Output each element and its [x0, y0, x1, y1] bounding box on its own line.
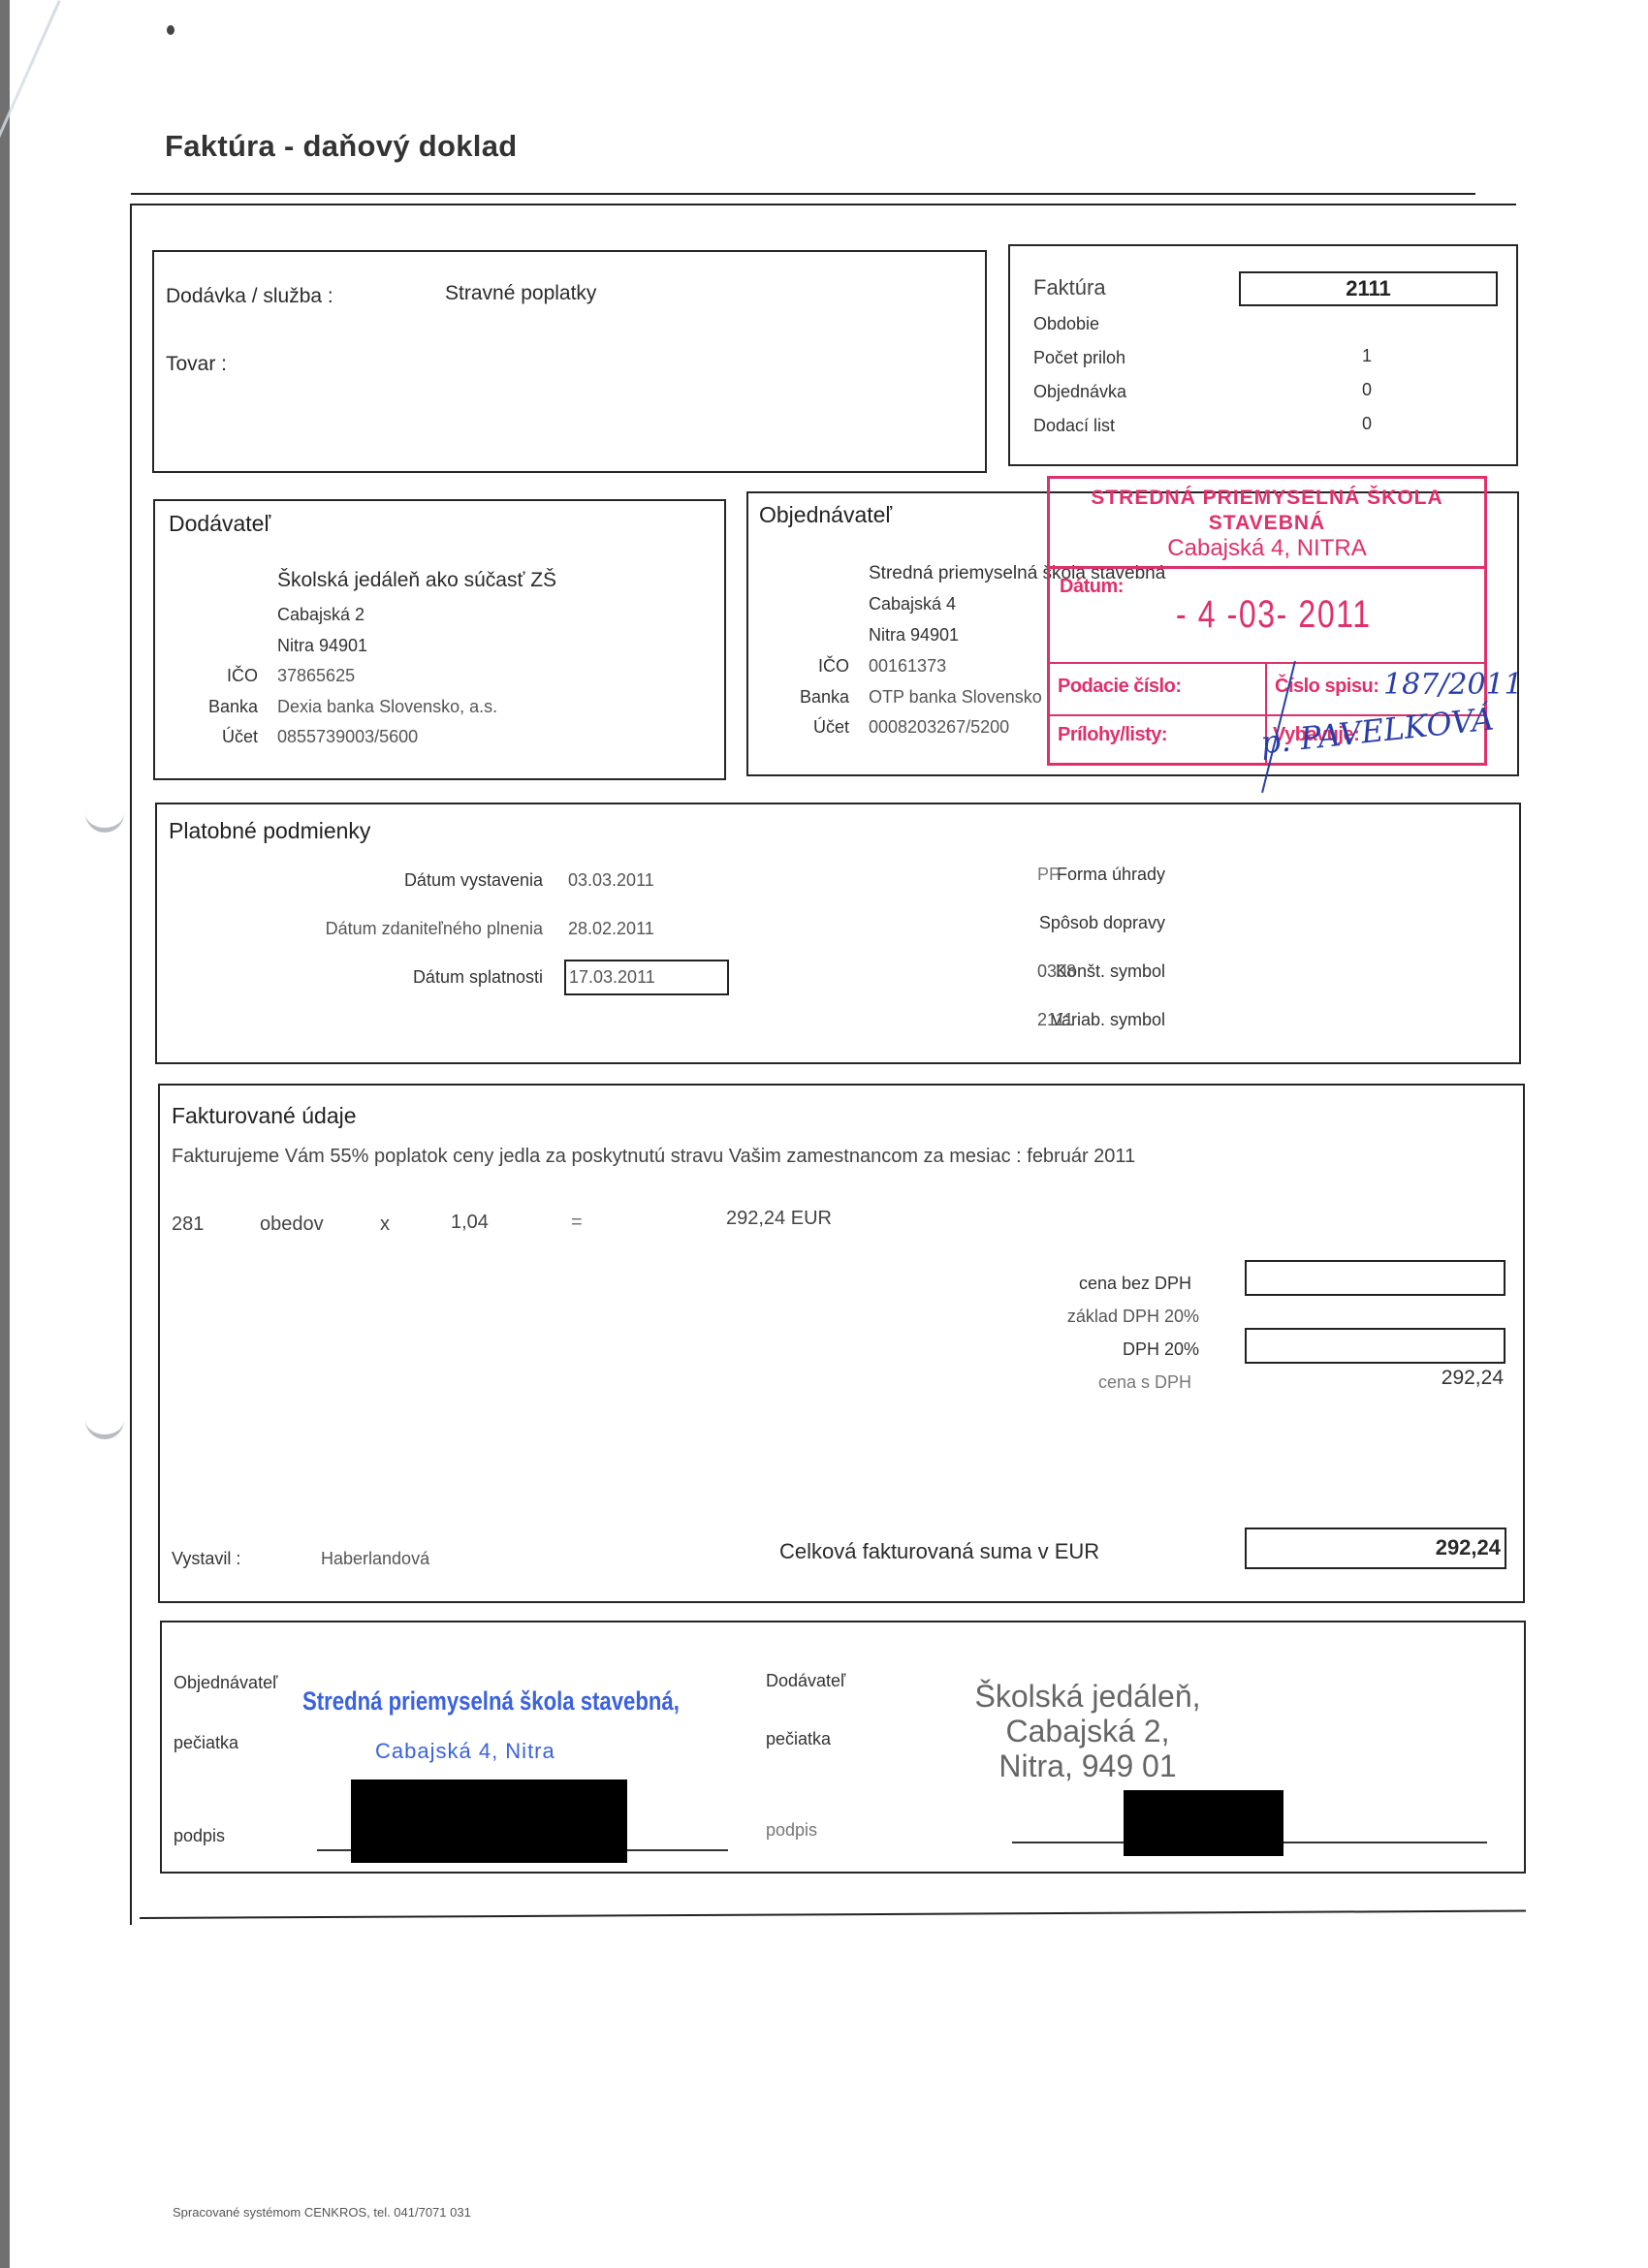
payment-terms-box: Platobné podmienky Dátum vystavenia 03.0…: [155, 803, 1521, 1064]
title-rule: [131, 193, 1475, 195]
line-times: x: [380, 1213, 390, 1236]
supplier-stamp-line3: Nitra, 949 01: [918, 1748, 1257, 1783]
delivery-note-value: 0: [1362, 414, 1372, 434]
supplier-ico: 37865625: [277, 666, 355, 686]
customer-stamp-label: pečiatka: [174, 1733, 238, 1753]
issue-date: 03.03.2011: [568, 870, 654, 891]
tax-date: 28.02.2011: [568, 919, 654, 939]
line-quantity: 281: [172, 1213, 204, 1236]
tax-date-label: Dátum zdaniteľného plnenia: [215, 919, 543, 939]
stamp-date-label: Dátum:: [1060, 576, 1124, 598]
billed-description: Fakturujeme Vám 55% poplatok ceny jedla …: [172, 1146, 1135, 1168]
scan-speck: [167, 25, 174, 35]
line-total: 292,24 EUR: [726, 1208, 832, 1230]
supplier-bank: Dexia banka Slovensko, a.s.: [277, 697, 497, 717]
price-without-vat-label: cena bez DPH: [839, 1274, 1191, 1294]
vat-field: [1245, 1328, 1505, 1364]
payment-terms-heading: Platobné podmienky: [169, 818, 370, 844]
attachments-count-value: 1: [1362, 346, 1372, 366]
billed-data-box: Fakturované údaje Fakturujeme Vám 55% po…: [158, 1084, 1525, 1603]
supplier-sign-label: podpis: [766, 1820, 817, 1841]
delivery-note-label: Dodací list: [1033, 416, 1115, 436]
customer-account: 0008203267/5200: [869, 717, 1009, 738]
signatures-box: Objednávateľ pečiatka podpis Stredná pri…: [160, 1621, 1526, 1874]
supplier-ico-label: IČO: [174, 666, 258, 686]
supplier-stamp-line2: Cabajská 2,: [918, 1714, 1257, 1748]
document-title: Faktúra - daňový doklad: [165, 129, 517, 164]
order-value: 0: [1362, 380, 1372, 400]
customer-heading: Objednávateľ: [759, 502, 892, 528]
supplier-city: Nitra 94901: [277, 636, 367, 656]
attachments-count-label: Počet priloh: [1033, 348, 1125, 368]
punch-hole-mark: [85, 1417, 124, 1439]
supplier-account-label: Účet: [174, 727, 258, 747]
outer-frame-bottom: [140, 1910, 1526, 1919]
customer-stamp-line2: Cabajská 4, Nitra: [375, 1739, 555, 1764]
stamp-filing-label: Podacie číslo:: [1058, 676, 1182, 698]
supplier-street: Cabajská 2: [277, 605, 364, 625]
customer-bank-label: Banka: [768, 687, 849, 708]
footer-software-note: Spracované systémom CENKROS, tel. 041/70…: [173, 2205, 471, 2220]
punch-hole-mark: [85, 810, 124, 833]
due-date: 17.03.2011: [564, 960, 729, 995]
outer-frame-top: [130, 204, 1516, 205]
customer-sign-heading: Objednávateľ: [174, 1673, 277, 1693]
customer-ico-label: IČO: [768, 656, 849, 677]
billed-heading: Fakturované údaje: [172, 1103, 357, 1129]
customer-stamp-line1: Stredná priemyselná škola stavebná,: [302, 1686, 680, 1717]
invoice-info-box: Faktúra 2111 Obdobie Počet priloh 1 Obje…: [1008, 244, 1518, 466]
customer-street: Cabajská 4: [869, 594, 956, 614]
supplier-account: 0855739003/5600: [277, 727, 418, 747]
redacted-customer-signature: [351, 1780, 627, 1863]
stamp-attachments-label: Prílohy/listy:: [1058, 724, 1167, 746]
price-with-vat: 292,24: [1275, 1367, 1504, 1390]
supplier-name: Školská jedáleň ako súčasť ZŠ: [277, 569, 556, 592]
transport-label: Spôsob dopravy: [855, 913, 1165, 933]
price-without-vat-field: [1245, 1260, 1505, 1296]
supplier-stamp-label: pečiatka: [766, 1729, 831, 1749]
price-with-vat-label: cena s DPH: [839, 1372, 1191, 1393]
stamp-attachments-cell: Prílohy/listy:: [1050, 714, 1267, 763]
supplier-sign-heading: Dodávateľ: [766, 1671, 845, 1691]
stamp-line3: Cabajská 4, NITRA: [1050, 535, 1484, 562]
payment-form: PP: [1037, 865, 1061, 885]
supplier-bank-label: Banka: [174, 697, 258, 717]
issued-by: Haberlandová: [321, 1549, 429, 1569]
var-symbol: 2111: [1037, 1010, 1073, 1030]
delivery-box: Dodávka / služba : Stravné poplatky Tova…: [152, 250, 987, 473]
goods-label: Tovar :: [166, 353, 227, 376]
scan-edge-strip: [0, 0, 10, 2268]
const-symbol-label: Konšt. symbol: [855, 961, 1165, 982]
outer-frame-left: [130, 204, 132, 1925]
stamp-filing-cell: Podacie číslo:: [1050, 662, 1267, 716]
invoice-label: Faktúra: [1033, 275, 1106, 300]
customer-city: Nitra 94901: [869, 625, 959, 646]
service-label: Dodávka / služba :: [166, 285, 333, 308]
stamp-date-value: - 4 -03- 2011: [1176, 593, 1372, 637]
stamp-line2: STAVEBNÁ: [1050, 512, 1484, 535]
issue-date-label: Dátum vystavenia: [215, 870, 543, 891]
order-label: Objednávka: [1033, 382, 1126, 402]
customer-account-label: Účet: [768, 717, 849, 738]
supplier-heading: Dodávateľ: [169, 511, 270, 537]
const-symbol: 0308: [1037, 961, 1076, 982]
service-value: Stravné poplatky: [445, 282, 596, 305]
line-equals: =: [571, 1212, 583, 1234]
vat-base-label: základ DPH 20%: [839, 1307, 1199, 1327]
var-symbol-label: Variab. symbol: [855, 1010, 1165, 1030]
due-date-label: Dátum splatnosti: [215, 967, 543, 988]
stamp-line1: STREDNÁ PRIEMYSELNÁ ŠKOLA: [1050, 487, 1484, 510]
customer-ico: 00161373: [869, 656, 946, 677]
customer-sign-label: podpis: [174, 1826, 225, 1846]
redacted-supplier-signature: [1124, 1790, 1284, 1856]
period-label: Obdobie: [1033, 314, 1099, 334]
customer-bank: OTP banka Slovensko: [869, 687, 1042, 708]
invoice-number: 2111: [1239, 271, 1498, 306]
payment-form-label: Forma úhrady: [855, 865, 1165, 885]
line-unit-price: 1,04: [451, 1212, 489, 1234]
issued-by-label: Vystavil :: [172, 1549, 240, 1569]
stamp-file-handwritten: 187/2011: [1383, 668, 1523, 702]
vat-label: DPH 20%: [839, 1339, 1199, 1360]
line-unit: obedov: [260, 1213, 324, 1236]
supplier-stamp: Školská jedáleň, Cabajská 2, Nitra, 949 …: [918, 1679, 1257, 1783]
supplier-box: Dodávateľ Školská jedáleň ako súčasť ZŠ …: [153, 499, 726, 780]
grand-total-label: Celková fakturovaná suma v EUR: [779, 1539, 1099, 1564]
supplier-stamp-line1: Školská jedáleň,: [918, 1679, 1257, 1714]
grand-total: 292,24: [1245, 1528, 1506, 1569]
stamp-divider: [1050, 566, 1484, 569]
